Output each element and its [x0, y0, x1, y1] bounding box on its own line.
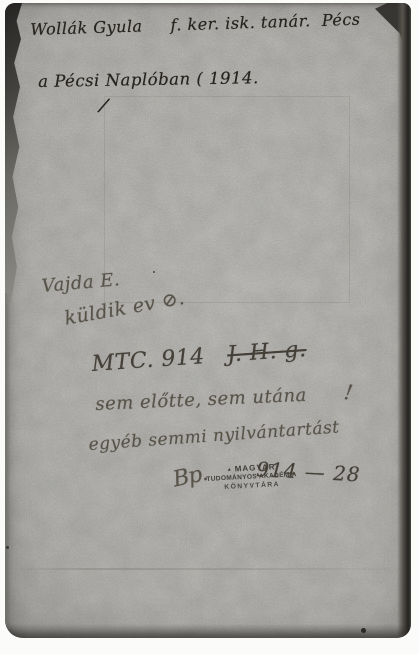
paper-sheet: Wollák Gyula f. ker. isk. tanár. Pécs a …	[5, 3, 411, 638]
shelf-gap	[204, 343, 228, 370]
pencil-remark-1: sem előtte, sem utána	[95, 386, 307, 415]
pencil-exclamation-mark: !	[342, 381, 354, 405]
shelf-struck-initials: J. H. g.	[226, 337, 307, 367]
scanned-page: Wollák Gyula f. ker. isk. tanár. Pécs a …	[0, 0, 419, 654]
bottom-edge-shadow	[5, 624, 411, 638]
pencil-accession-number: 914 — 28	[256, 458, 361, 485]
ink-stray-mark: /	[98, 95, 110, 117]
show-through-rectangle	[104, 96, 350, 303]
pencil-shelf-mark: MTC. 914 J. H. g.	[91, 338, 307, 377]
ink-note-source: a Pécsi Naplóban ( 1914.	[38, 69, 259, 91]
shelf-number: MTC. 914	[91, 344, 206, 377]
ink-speck	[361, 628, 366, 633]
pencil-note-second: küldik ev ⊘.	[63, 288, 186, 330]
ink-note-author: Wollák Gyula f. ker. isk. tanár. Pécs	[30, 11, 361, 39]
left-edge-shadow	[5, 293, 10, 638]
paper-crease	[9, 568, 407, 570]
pencil-scribble: Bp.	[171, 462, 210, 493]
ink-speck	[6, 546, 9, 549]
pencil-remark-2: egyéb semmi nyilvántartást	[88, 418, 340, 454]
pencil-note-name: Vajda E.	[41, 270, 121, 297]
torn-left-edge	[5, 3, 22, 303]
ink-speck	[153, 271, 155, 273]
stamp-ornament-icon: ▲	[227, 467, 233, 473]
right-edge-shadow	[397, 3, 411, 638]
